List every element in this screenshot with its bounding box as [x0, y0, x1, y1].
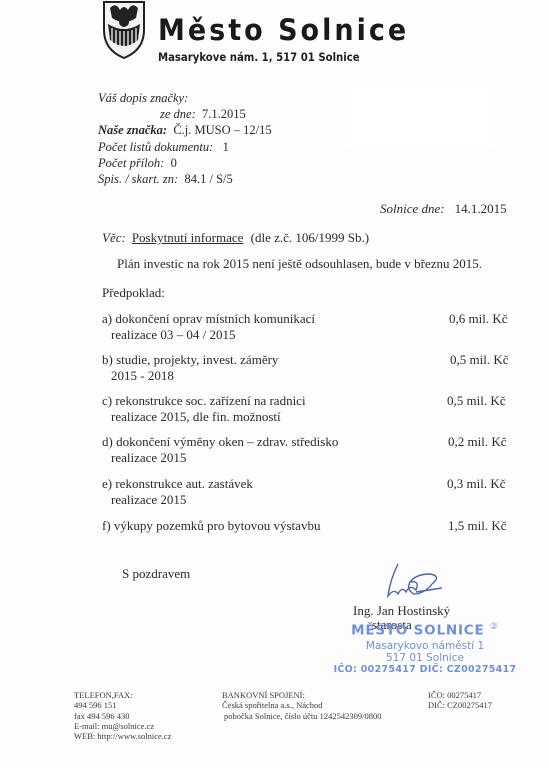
item-amount: 0,3 mil. Kč — [447, 476, 506, 492]
item-description: f) výkupy pozemků pro bytovou výstavbu — [102, 518, 320, 534]
pages-label: Počet listů dokumentu: — [98, 140, 213, 154]
date-label: ze dne: — [160, 107, 196, 121]
subject-line: Věc:Poskytnutí informace (dle z.č. 106/1… — [102, 230, 369, 246]
investment-item: f) výkupy pozemků pro bytovou výstavbu — [102, 518, 320, 534]
file-value: 84.1 / S/5 — [184, 172, 232, 186]
web-label: WEB: — [74, 731, 95, 741]
footer-ico: IČO: 00275417 — [428, 690, 492, 700]
item-description: e) rekonstrukce aut. zastávek — [102, 476, 253, 492]
attachments-value: 0 — [171, 156, 177, 170]
attachments-label: Počet příloh: — [98, 156, 164, 170]
our-ref-label: Naše značka: — [98, 123, 167, 137]
letter-date-value: 14.1.2015 — [455, 201, 507, 216]
item-amount: 0,5 mil. Kč — [450, 352, 509, 368]
footer-ids: IČO: 00275417 DIČ: CZ00275417 — [428, 690, 492, 711]
item-amount: 1,5 mil. Kč — [448, 518, 507, 534]
item-timeline: realizace 03 – 04 / 2015 — [102, 327, 315, 343]
official-stamp: MĚSTO SOLNICE ② Masarykovo náměstí 1 517… — [320, 622, 530, 675]
item-description: c) rekonstrukce soc. zařízení na radnici — [102, 393, 306, 409]
our-ref-value: Č.j. MUSO – 12/15 — [173, 123, 271, 137]
redacted-recipient — [345, 88, 495, 150]
stamp-title: MĚSTO SOLNICE — [351, 623, 484, 639]
reference-block: Váš dopis značky: ze dne: 7.1.2015 Naše … — [98, 90, 272, 187]
item-amount: 0,2 mil. Kč — [448, 434, 507, 450]
date-value: 7.1.2015 — [202, 107, 246, 121]
letterhead-title: Město Solnice — [158, 13, 409, 47]
investment-item: e) rekonstrukce aut. zastávekrealizace 2… — [102, 476, 253, 508]
investment-item: c) rekonstrukce soc. zařízení na radnici… — [102, 393, 306, 425]
footer-contact: TELEFON,FAX: 494 596 151 fax 494 596 430… — [74, 690, 171, 741]
letterhead-address: Masarykove nám. 1, 517 01 Solnice — [158, 50, 360, 64]
file-label: Spis. / skart. zn: — [98, 172, 178, 186]
your-letter-label: Váš dopis značky: — [98, 91, 188, 105]
email-label: E-mail: — [74, 721, 100, 731]
item-timeline: realizace 2015 — [102, 492, 253, 508]
footer-bank: BANKOVNÍ SPOJENÍ: Česká spořitelna a.s.,… — [222, 690, 381, 721]
investment-item: a) dokončení oprav místních komunikacíre… — [102, 311, 315, 343]
subject-title: Poskytnutí informace — [132, 230, 244, 245]
letter-date-label: Solnice dne: — [380, 201, 445, 216]
bank-heading: BANKOVNÍ SPOJENÍ: — [222, 690, 381, 700]
item-amount: 0,6 mil. Kč — [449, 311, 508, 327]
city-coat-of-arms-icon — [98, 0, 150, 60]
contact-phone: 494 596 151 — [74, 700, 171, 710]
item-description: a) dokončení oprav místních komunikací — [102, 311, 315, 327]
subject-label: Věc: — [102, 230, 126, 245]
stamp-address: Masarykovo náměstí 1 — [320, 640, 530, 652]
item-amount: 0,5 mil. Kč — [447, 393, 506, 409]
pages-value: 1 — [223, 140, 229, 154]
bank-line2: pobočka Solnice, číslo účtu 1242542309/0… — [222, 711, 381, 721]
contact-fax: fax 494 596 430 — [74, 711, 171, 721]
greeting: S pozdravem — [122, 566, 190, 582]
item-timeline: realizace 2015, dle fin. možností — [102, 409, 306, 425]
footer-dic: DIČ: CZ00275417 — [428, 700, 492, 710]
stamp-number: ② — [490, 622, 499, 632]
intro-paragraph: Plán investic na rok 2015 není ještě ods… — [117, 256, 482, 272]
letter-date: Solnice dne:14.1.2015 — [380, 201, 507, 217]
email-link[interactable]: mu@solnice.cz — [102, 721, 154, 731]
web-link[interactable]: http://www.solnice.cz — [97, 731, 171, 741]
investment-item: d) dokončení výměny oken – zdrav. středi… — [102, 434, 338, 466]
item-timeline: 2015 - 2018 — [102, 368, 278, 384]
item-description: d) dokončení výměny oken – zdrav. středi… — [102, 434, 338, 450]
stamp-city: 517 01 Solnice — [320, 652, 530, 664]
handwritten-signature-icon — [380, 560, 450, 602]
item-timeline: realizace 2015 — [102, 450, 338, 466]
item-description: b) studie, projekty, invest. záměry — [102, 352, 278, 368]
subject-note: (dle z.č. 106/1999 Sb.) — [251, 230, 369, 245]
assumption-label: Předpoklad: — [102, 285, 165, 301]
contact-heading: TELEFON,FAX: — [74, 690, 171, 700]
stamp-ids: IČO: 00275417 DIČ: CZ00275417 — [320, 664, 530, 675]
investment-item: b) studie, projekty, invest. záměry2015 … — [102, 352, 278, 384]
bank-line1: Česká spořitelna a.s., Náchod — [222, 700, 381, 710]
